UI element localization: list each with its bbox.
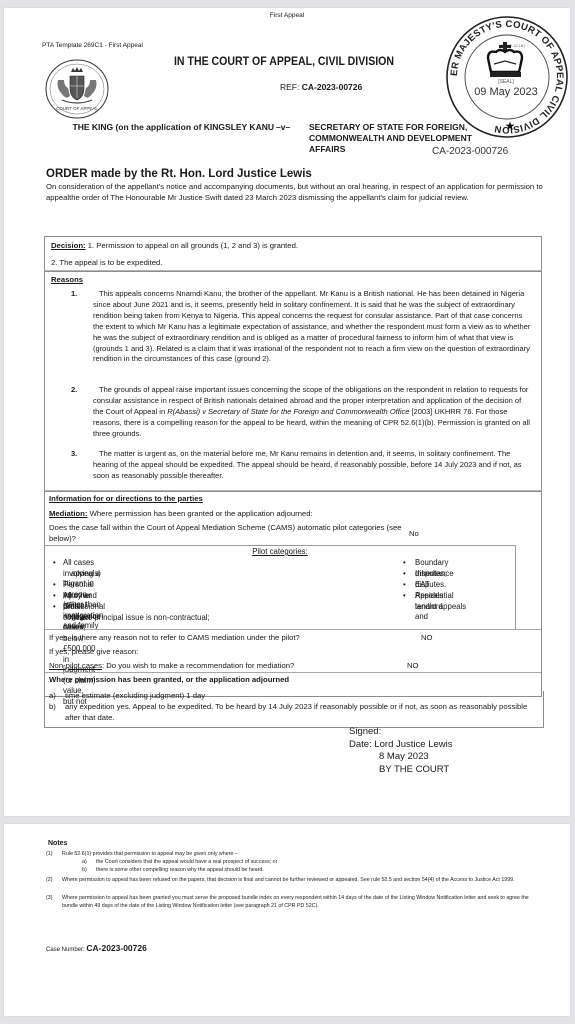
note-1b: there is some other compelling reason wh… xyxy=(96,866,264,874)
cams-answer: No xyxy=(409,528,419,539)
stamp-date: 09 May 2023 xyxy=(474,86,538,98)
reasons-section: Reasons 1. This appeals concerns Nnamdi … xyxy=(44,270,542,492)
svg-text:COURT OF APPEAL: COURT OF APPEAL xyxy=(56,106,98,111)
reason-number: 3. xyxy=(71,449,77,460)
mediation-line: Mediation: Where permission has been gra… xyxy=(49,508,313,519)
stamp-case-reference: CA-2023-000726 xyxy=(432,146,508,157)
signature-block: Signed: Date: Lord Justice Lewis 8 May 2… xyxy=(349,726,529,776)
reason-number: 1. xyxy=(71,289,77,300)
ref-value: CA-2023-00726 xyxy=(302,82,362,92)
note-1a: the Court considers that the appeal woul… xyxy=(96,858,277,866)
order-page-1: First Appeal PTA Template 269C1 - First … xyxy=(4,8,570,816)
decision-line-1: Decision: 1. Permission to appeal on all… xyxy=(51,240,298,251)
notes-title: Notes xyxy=(48,840,67,847)
ref-label: REF: xyxy=(280,82,299,92)
by-the-court: BY THE COURT xyxy=(349,764,529,777)
cams-question: Does the case fall within the Court of A… xyxy=(49,522,405,544)
signature-date-line: Date: Lord Justice Lewis xyxy=(349,739,529,752)
non-pilot-question: Non-pilot cases: Do you wish to make a r… xyxy=(49,660,294,671)
signature-date: 8 May 2023 xyxy=(349,751,529,764)
reasons-heading: Reasons xyxy=(51,274,83,285)
pilot-title: Pilot categories: xyxy=(45,547,515,556)
versus-label: –v– xyxy=(276,122,290,132)
information-section: Information for or directions to the par… xyxy=(44,490,542,697)
case-citation: R(Abassi) v Secretary of State for the F… xyxy=(167,407,409,416)
note-2: Where permission to appeal has been refu… xyxy=(62,876,532,884)
time-estimate: time estimate (excluding judgment) 1 day xyxy=(65,690,205,701)
svg-text:[SEAL]: [SEAL] xyxy=(498,79,514,85)
pilot-categories-box: Pilot categories: •All cases involving a… xyxy=(45,545,516,630)
pilot-item-cont: appeals) xyxy=(71,569,101,580)
order-body: On consideration of the appellant's noti… xyxy=(46,181,544,203)
reason-question: If yes, is there any reason not to refer… xyxy=(49,632,300,643)
reason-text: This appeals concerns Nnamdi Kanu, the b… xyxy=(93,289,533,365)
court-crest-icon: COURT OF APPEAL xyxy=(44,58,110,120)
reason-answer: NO xyxy=(421,632,433,643)
case-number-value: CA-2023-00726 xyxy=(86,943,146,953)
order-title: ORDER made by the Rt. Hon. Lord Justice … xyxy=(46,168,312,180)
decision-section: Decision: 1. Permission to appeal on all… xyxy=(44,236,542,272)
decision-line-2: 2. The appeal is to be expedited. xyxy=(51,257,162,268)
pilot-item-cont: where principal issue is non-contractual… xyxy=(71,613,210,624)
granted-heading: Where permission has been granted, or th… xyxy=(49,674,289,685)
template-label: PTA Template 269C1 - First Appeal xyxy=(42,42,143,49)
non-pilot-answer: NO xyxy=(407,660,419,671)
case-reference: REF: CA-2023-00726 xyxy=(280,82,362,92)
applicant: THE KING (on the application of KINGSLEY… xyxy=(64,122,274,133)
reason-number: 2. xyxy=(71,385,77,396)
granted-items: a) time estimate (excluding judgment) 1 … xyxy=(44,691,544,728)
give-reason-label: If yes, please give reason: xyxy=(49,646,138,657)
divider xyxy=(45,629,541,630)
order-page-2: Notes (1) Rule 52.6(1) provides that per… xyxy=(4,824,570,1016)
note-3: Where permission to appeal has been gran… xyxy=(62,894,532,910)
reason-text: The grounds of appeal raise important is… xyxy=(93,385,533,440)
expedition-note: any expedition yes. Appeal to be expedit… xyxy=(65,701,537,723)
signed-label: Signed: xyxy=(349,726,529,739)
judge-name: Lord Justice Lewis xyxy=(374,739,452,750)
case-number: Case Number: CA-2023-00726 xyxy=(46,943,147,953)
info-heading: Information for or directions to the par… xyxy=(49,493,203,504)
decision-label: Decision: xyxy=(51,241,86,250)
court-title: IN THE COURT OF APPEAL, CIVIL DIVISION xyxy=(174,54,394,68)
pilot-item-cont: tenant appeals xyxy=(415,602,466,613)
divider xyxy=(45,672,541,673)
note-1: Rule 52.6(1) provides that permission to… xyxy=(62,850,238,858)
reason-text: The matter is urgent as, on the material… xyxy=(93,449,533,482)
